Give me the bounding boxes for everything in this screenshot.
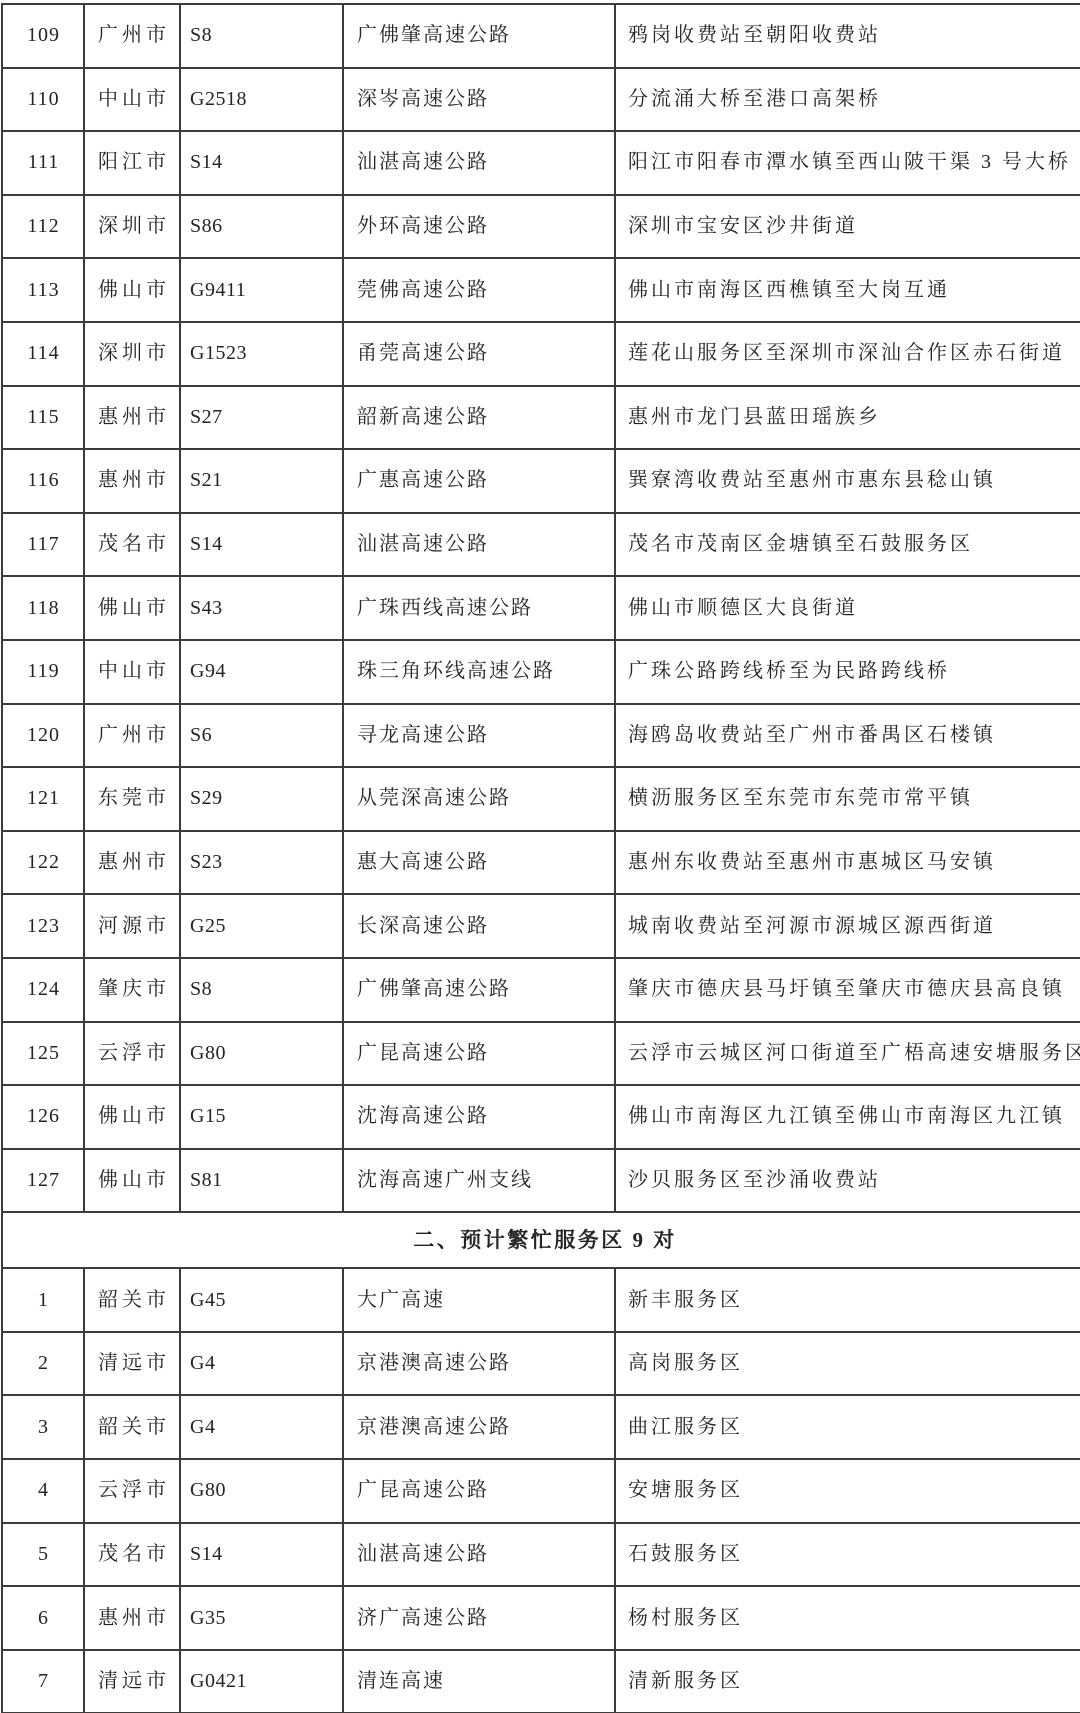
section-header: 二、预计繁忙服务区 9 对 [3, 1213, 1080, 1267]
row-number-cell: 117 [3, 514, 83, 576]
city-cell: 中山市 [85, 641, 179, 703]
row-number-cell: 123 [3, 895, 83, 957]
location-cell: 惠州市龙门县蓝田瑶族乡 [616, 387, 1080, 449]
road-name-cell: 汕湛高速公路 [344, 514, 614, 576]
city-cell: 惠州市 [85, 1587, 179, 1649]
location-cell: 佛山市顺德区大良街道 [616, 577, 1080, 639]
row-number-cell: 109 [3, 5, 83, 67]
city-cell: 云浮市 [85, 1460, 179, 1522]
location-cell: 阳江市阳春市潭水镇至西山陂干渠 3 号大桥 [616, 132, 1080, 194]
road-code-cell: G1523 [181, 323, 342, 385]
location-cell: 新丰服务区 [616, 1269, 1080, 1331]
road-code-cell: G80 [181, 1023, 342, 1085]
road-name-cell: 汕湛高速公路 [344, 1524, 614, 1586]
location-cell: 肇庆市德庆县马圩镇至肇庆市德庆县高良镇 [616, 959, 1080, 1021]
road-name-cell: 广昆高速公路 [344, 1460, 614, 1522]
location-cell: 清新服务区 [616, 1651, 1080, 1713]
road-name-cell: 长深高速公路 [344, 895, 614, 957]
road-code-cell: G2518 [181, 69, 342, 131]
city-cell: 清远市 [85, 1651, 179, 1713]
road-code-cell: S21 [181, 450, 342, 512]
city-cell: 中山市 [85, 69, 179, 131]
road-name-cell: 寻龙高速公路 [344, 705, 614, 767]
location-cell: 曲江服务区 [616, 1396, 1080, 1458]
road-code-cell: S81 [181, 1150, 342, 1212]
row-number-cell: 1 [3, 1269, 83, 1331]
road-name-cell: 广珠西线高速公路 [344, 577, 614, 639]
road-name-cell: 广佛肇高速公路 [344, 959, 614, 1021]
city-cell: 佛山市 [85, 1150, 179, 1212]
road-code-cell: G94 [181, 641, 342, 703]
road-name-cell: 沈海高速广州支线 [344, 1150, 614, 1212]
row-number-cell: 7 [3, 1651, 83, 1713]
road-name-cell: 深岑高速公路 [344, 69, 614, 131]
location-cell: 安塘服务区 [616, 1460, 1080, 1522]
row-number-cell: 121 [3, 768, 83, 830]
road-code-cell: S14 [181, 514, 342, 576]
city-cell: 东莞市 [85, 768, 179, 830]
road-code-cell: S86 [181, 196, 342, 258]
location-cell: 城南收费站至河源市源城区源西街道 [616, 895, 1080, 957]
road-code-cell: G9411 [181, 259, 342, 321]
row-number-cell: 110 [3, 69, 83, 131]
city-cell: 茂名市 [85, 1524, 179, 1586]
road-name-cell: 清连高速 [344, 1651, 614, 1713]
location-cell: 深圳市宝安区沙井街道 [616, 196, 1080, 258]
row-number-cell: 5 [3, 1524, 83, 1586]
row-number-cell: 112 [3, 196, 83, 258]
row-number-cell: 125 [3, 1023, 83, 1085]
city-cell: 肇庆市 [85, 959, 179, 1021]
road-code-cell: S23 [181, 832, 342, 894]
location-cell: 鸦岗收费站至朝阳收费站 [616, 5, 1080, 67]
road-code-cell: G25 [181, 895, 342, 957]
city-cell: 深圳市 [85, 323, 179, 385]
row-number-cell: 111 [3, 132, 83, 194]
road-name-cell: 从莞深高速公路 [344, 768, 614, 830]
road-code-cell: G15 [181, 1086, 342, 1148]
row-number-cell: 118 [3, 577, 83, 639]
location-cell: 茂名市茂南区金塘镇至石鼓服务区 [616, 514, 1080, 576]
location-cell: 莲花山服务区至深圳市深汕合作区赤石街道 [616, 323, 1080, 385]
location-cell: 佛山市南海区西樵镇至大岗互通 [616, 259, 1080, 321]
road-name-cell: 莞佛高速公路 [344, 259, 614, 321]
road-code-cell: G80 [181, 1460, 342, 1522]
road-code-cell: S14 [181, 1524, 342, 1586]
road-code-cell: S8 [181, 959, 342, 1021]
city-cell: 韶关市 [85, 1396, 179, 1458]
location-cell: 海鸥岛收费站至广州市番禺区石楼镇 [616, 705, 1080, 767]
road-code-cell: G4 [181, 1333, 342, 1395]
road-code-cell: G45 [181, 1269, 342, 1331]
location-cell: 杨村服务区 [616, 1587, 1080, 1649]
row-number-cell: 4 [3, 1460, 83, 1522]
city-cell: 韶关市 [85, 1269, 179, 1331]
city-cell: 佛山市 [85, 259, 179, 321]
road-name-cell: 大广高速 [344, 1269, 614, 1331]
row-number-cell: 126 [3, 1086, 83, 1148]
location-cell: 分流涌大桥至港口高架桥 [616, 69, 1080, 131]
city-cell: 惠州市 [85, 450, 179, 512]
road-code-cell: S14 [181, 132, 342, 194]
location-cell: 佛山市南海区九江镇至佛山市南海区九江镇 [616, 1086, 1080, 1148]
location-cell: 云浮市云城区河口街道至广梧高速安塘服务区 [616, 1023, 1080, 1085]
row-number-cell: 124 [3, 959, 83, 1021]
city-cell: 佛山市 [85, 1086, 179, 1148]
row-number-cell: 116 [3, 450, 83, 512]
road-code-cell: G0421 [181, 1651, 342, 1713]
row-number-cell: 127 [3, 1150, 83, 1212]
city-cell: 深圳市 [85, 196, 179, 258]
location-cell: 石鼓服务区 [616, 1524, 1080, 1586]
road-code-cell: S29 [181, 768, 342, 830]
city-cell: 云浮市 [85, 1023, 179, 1085]
road-code-cell: G4 [181, 1396, 342, 1458]
road-name-cell: 济广高速公路 [344, 1587, 614, 1649]
road-name-cell: 京港澳高速公路 [344, 1333, 614, 1395]
city-cell: 阳江市 [85, 132, 179, 194]
road-name-cell: 广惠高速公路 [344, 450, 614, 512]
location-cell: 巽寮湾收费站至惠州市惠东县稔山镇 [616, 450, 1080, 512]
row-number-cell: 119 [3, 641, 83, 703]
road-name-cell: 广佛肇高速公路 [344, 5, 614, 67]
city-cell: 惠州市 [85, 387, 179, 449]
road-name-cell: 沈海高速公路 [344, 1086, 614, 1148]
location-cell: 横沥服务区至东莞市东莞市常平镇 [616, 768, 1080, 830]
row-number-cell: 122 [3, 832, 83, 894]
location-cell: 高岗服务区 [616, 1333, 1080, 1395]
row-number-cell: 114 [3, 323, 83, 385]
road-name-cell: 惠大高速公路 [344, 832, 614, 894]
road-name-cell: 外环高速公路 [344, 196, 614, 258]
road-code-cell: S27 [181, 387, 342, 449]
road-code-cell: S43 [181, 577, 342, 639]
road-name-cell: 甬莞高速公路 [344, 323, 614, 385]
city-cell: 广州市 [85, 5, 179, 67]
city-cell: 清远市 [85, 1333, 179, 1395]
city-cell: 广州市 [85, 705, 179, 767]
highway-table: 109 广州市 S8 广佛肇高速公路 鸦岗收费站至朝阳收费站 110 中山市 G… [1, 3, 1080, 1713]
row-number-cell: 115 [3, 387, 83, 449]
road-name-cell: 韶新高速公路 [344, 387, 614, 449]
city-cell: 佛山市 [85, 577, 179, 639]
row-number-cell: 3 [3, 1396, 83, 1458]
road-name-cell: 广昆高速公路 [344, 1023, 614, 1085]
road-code-cell: S8 [181, 5, 342, 67]
row-number-cell: 2 [3, 1333, 83, 1395]
road-name-cell: 京港澳高速公路 [344, 1396, 614, 1458]
row-number-cell: 120 [3, 705, 83, 767]
location-cell: 广珠公路跨线桥至为民路跨线桥 [616, 641, 1080, 703]
city-cell: 河源市 [85, 895, 179, 957]
location-cell: 沙贝服务区至沙涌收费站 [616, 1150, 1080, 1212]
road-code-cell: G35 [181, 1587, 342, 1649]
row-number-cell: 113 [3, 259, 83, 321]
location-cell: 惠州东收费站至惠州市惠城区马安镇 [616, 832, 1080, 894]
city-cell: 茂名市 [85, 514, 179, 576]
city-cell: 惠州市 [85, 832, 179, 894]
road-code-cell: S6 [181, 705, 342, 767]
road-name-cell: 汕湛高速公路 [344, 132, 614, 194]
road-name-cell: 珠三角环线高速公路 [344, 641, 614, 703]
row-number-cell: 6 [3, 1587, 83, 1649]
